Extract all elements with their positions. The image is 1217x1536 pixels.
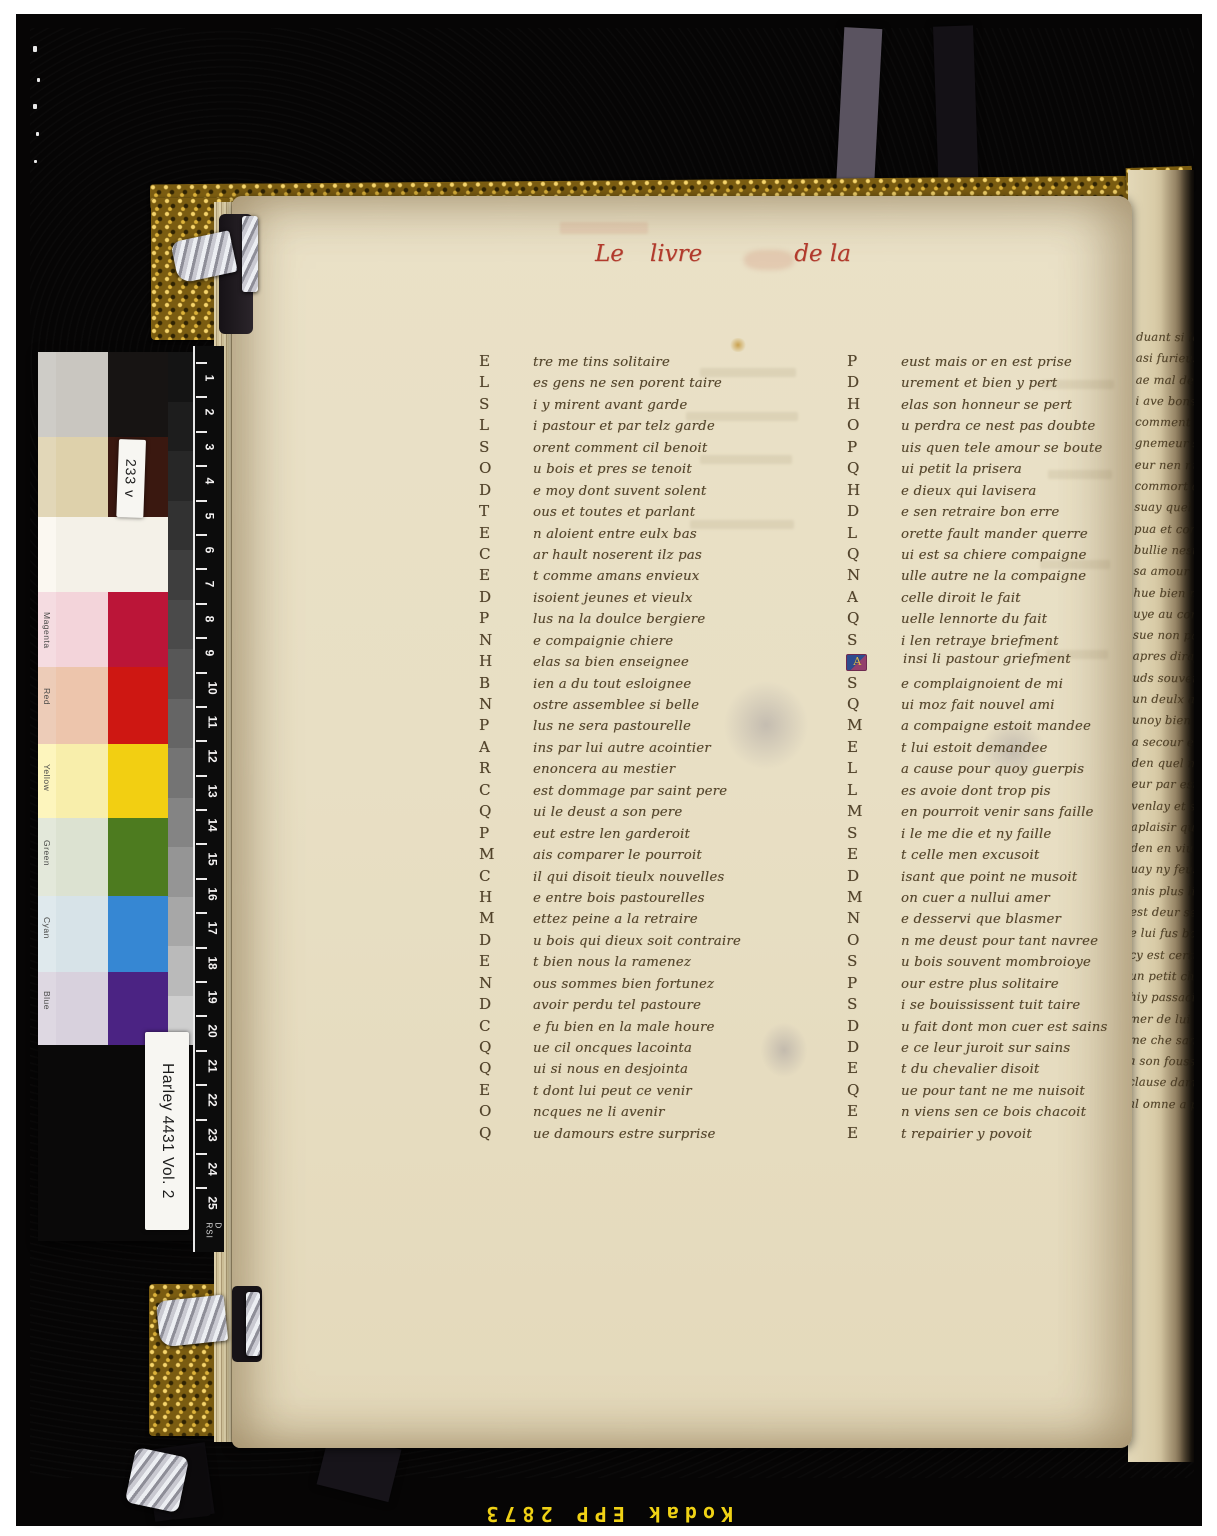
line-initial: N [845, 909, 873, 927]
ruler-tick [196, 981, 207, 983]
grayscale-step [168, 451, 193, 501]
verse-text: ui petit la prisera [873, 462, 1022, 477]
verse-line: Disant que point ne musoit [845, 867, 1190, 888]
verse-line: Disoient jeunes et vieulx [477, 588, 822, 609]
verse-text: ostre assemblee si belle [505, 698, 699, 713]
line-initial: O [845, 416, 873, 434]
ruler-number: 20 [206, 1025, 220, 1038]
ruler-unit: 2 [195, 396, 224, 430]
verse-line: Tous et toutes et parlant [477, 502, 822, 523]
line-initial: A [845, 588, 873, 606]
color-swatch-red [56, 667, 108, 744]
ruler-number: 19 [206, 990, 220, 1003]
verse-line: Ains par lui autre acointier [477, 738, 822, 759]
color-swatch-cream-maroon [56, 437, 108, 517]
ruler-number: 8 [202, 615, 216, 622]
line-initial: E [845, 1102, 873, 1120]
verse-line: Si len retraye briefment [845, 631, 1190, 652]
verse-line: Et repairier y povoit [845, 1124, 1190, 1145]
verse-line: Durement et bien y pert [845, 373, 1190, 394]
verse-line: Renoncera au mestier [477, 759, 822, 780]
verse-line: Puis quen tele amour se boute [845, 438, 1190, 459]
verse-line: Cil qui disoit tieulx nouvelles [477, 867, 822, 888]
verse-text: avoir perdu tel pastoure [505, 998, 701, 1013]
line-initial: M [845, 888, 873, 906]
ruler-unit: 1 [195, 362, 224, 396]
line-initial: E [845, 1124, 873, 1142]
line-initial: D [477, 931, 505, 949]
verse-text: e moy dont suvent solent [505, 484, 706, 499]
ruler-tick [196, 1119, 207, 1121]
ruler-number: 24 [206, 1162, 220, 1175]
ruler-unit: 9 [195, 637, 224, 671]
line-initial: O [477, 1102, 505, 1120]
ruler-number: 6 [202, 547, 216, 554]
color-swatch-cream-maroon [38, 437, 56, 517]
ruler-tick [196, 843, 207, 845]
verse-text: ettez peine a la retraire [505, 912, 698, 927]
verse-text: t bien nous la ramenez [505, 955, 691, 970]
ruler-unit: 15 [195, 843, 224, 877]
line-initial: E [845, 738, 873, 756]
ruler-unit: 6 [195, 534, 224, 568]
verse-text: insi li pastour griefment [875, 652, 1071, 667]
verse-text: ais comparer le pourroit [505, 848, 702, 863]
verse-line: Oncques ne li avenir [477, 1102, 822, 1123]
verse-text: t comme amans envieux [505, 569, 699, 584]
line-initial: O [477, 459, 505, 477]
verse-text: ar hault noserent ilz pas [505, 548, 702, 563]
verse-line: Qui petit la prisera [845, 459, 1190, 480]
line-initial: L [845, 524, 873, 542]
binder-clip-bar-top [242, 216, 258, 292]
verse-line: Davoir perdu tel pastoure [477, 995, 822, 1016]
verse-text: enoncera au mestier [505, 762, 675, 777]
line-initial: S [845, 824, 873, 842]
verse-text: on cuer a nullui amer [873, 891, 1050, 906]
verse-text: n me deust pour tant navree [873, 934, 1098, 949]
line-initial: Q [845, 695, 873, 713]
verse-line: Men pourroit venir sans faille [845, 802, 1190, 823]
line-initial: D [845, 867, 873, 885]
verse-line: Que pour tant ne me nuisoit [845, 1081, 1190, 1102]
ruler-tick [196, 706, 207, 708]
line-initial: L [477, 416, 505, 434]
verse-text: celle diroit le fait [873, 591, 1021, 606]
verse-text: e compaignie chiere [505, 634, 673, 649]
color-swatch-yellow [108, 744, 168, 818]
ruler-number: 10 [206, 681, 220, 694]
ruler-unit: 12 [195, 740, 224, 774]
verse-line: Si le me die et ny faille [845, 824, 1190, 845]
verse-text: isant que point ne musoit [873, 870, 1077, 885]
line-initial: L [477, 373, 505, 391]
ruler-unit: 14 [195, 809, 224, 843]
verse-text: e sen retraire bon erre [873, 505, 1059, 520]
ruler-tick [196, 809, 207, 811]
ruler-tick [196, 500, 207, 502]
verse-line: Du fait dont mon cuer est sains [845, 1017, 1190, 1038]
ruler-tick [196, 878, 207, 880]
color-swatch-red [38, 667, 56, 744]
verse-line: Ou perdra ce nest pas doubte [845, 416, 1190, 437]
ruler-number: 2 [202, 409, 216, 416]
verse-line: Helas son honneur se pert [845, 395, 1190, 416]
ruler-tick [196, 912, 207, 914]
verse-line: Que damours estre surprise [477, 1124, 822, 1145]
line-initial: P [845, 974, 873, 992]
line-initial: D [477, 588, 505, 606]
folio-label: 233 v [116, 439, 146, 518]
verse-text: est dommage par saint pere [505, 784, 727, 799]
verse-line: Que cil oncques lacointa [477, 1038, 822, 1059]
line-initial: D [845, 502, 873, 520]
verse-text: il qui disoit tieulx nouvelles [505, 870, 724, 885]
grayscale-step [168, 501, 193, 551]
verse-line: En viens sen ce bois chacoit [845, 1102, 1190, 1123]
verse-text: tre me tins solitaire [505, 355, 670, 370]
verse-text: u bois souvent mombroioye [873, 955, 1091, 970]
verse-text: t du chevalier disoit [873, 1062, 1039, 1077]
ruler-number: 23 [206, 1128, 220, 1141]
line-initial: C [477, 1017, 505, 1035]
grayscale-step [168, 897, 193, 947]
ruler-unit: 21 [195, 1050, 224, 1084]
edge-color-label: Cyan [42, 917, 52, 939]
color-swatch-blue [56, 972, 108, 1045]
ruler-tick [196, 672, 207, 674]
ruler-unit: 8 [195, 603, 224, 637]
film-brand-text: Kodak EPP 2873 [333, 1496, 733, 1526]
verse-line: De ce leur juroit sur sains [845, 1038, 1190, 1059]
line-initial: E [477, 566, 505, 584]
line-initial: E [477, 1081, 505, 1099]
ruler-tick [196, 637, 207, 639]
verse-text: orent comment cil benoit [505, 441, 707, 456]
line-initial: P [845, 352, 873, 370]
verse-text: i le me die et ny faille [873, 827, 1051, 842]
verse-text: lus ne sera pastourelle [505, 719, 691, 734]
verse-line: Ma compaigne estoit mandee [845, 716, 1190, 737]
verse-text: ien a du tout esloignee [505, 677, 691, 692]
verse-text: e fu bien en la male houre [505, 1020, 715, 1035]
verse-text: uelle lennorte du fait [873, 612, 1047, 627]
grayscale-step [168, 352, 193, 402]
line-initial: A [477, 738, 505, 756]
color-swatch-magenta [56, 592, 108, 667]
line-initial: Q [477, 802, 505, 820]
rubric-word: Le [595, 241, 624, 267]
shelfmark-label-text: Harley 4431 Vol. 2 [158, 1063, 176, 1199]
verse-text: ue damours estre surprise [505, 1127, 716, 1142]
verse-text: ui moz fait nouvel ami [873, 698, 1055, 713]
verse-line: Se complaignoient de mi [845, 674, 1190, 695]
verse-line: Qui est sa chiere compaigne [845, 545, 1190, 566]
rubric-word: de la [794, 241, 851, 267]
verse-text: es avoie dont trop pis [873, 784, 1051, 799]
verse-text: eut estre len garderoit [505, 827, 690, 842]
verse-line: Plus na la doulce bergiere [477, 609, 822, 630]
verse-text: elas sa bien enseignee [505, 655, 689, 670]
line-initial: N [845, 566, 873, 584]
line-initial: R [477, 759, 505, 777]
line-initial: S [477, 438, 505, 456]
edge-color-label: Blue [42, 991, 52, 1010]
verse-text: i se bouississent tuit taire [873, 998, 1080, 1013]
grayscale-step [168, 847, 193, 897]
grayscale-step [168, 798, 193, 848]
verse-line: Peut estre len garderoit [477, 824, 822, 845]
grayscale-strip [168, 352, 193, 1045]
ruler-unit: 16 [195, 878, 224, 912]
verse-line: Bien a du tout esloignee [477, 674, 822, 695]
verse-line: Et celle men excusoit [845, 845, 1190, 866]
ruler-tick [196, 1084, 207, 1086]
ruler-number: 12 [206, 750, 220, 763]
line-initial: M [845, 716, 873, 734]
verse-line: Sorent comment cil benoit [477, 438, 822, 459]
ruler-unit: 20 [195, 1015, 224, 1049]
verse-line: Et dont lui peut ce venir [477, 1081, 822, 1102]
ruler-number: 21 [206, 1059, 220, 1072]
edge-color-label: Red [42, 688, 52, 705]
verse-line: Acelle diroit le fait [845, 588, 1190, 609]
verse-line: Ainsi li pastour griefment [845, 652, 1190, 673]
line-initial: P [477, 609, 505, 627]
line-initial: H [477, 888, 505, 906]
ruler-number: 1 [202, 375, 216, 382]
line-initial: E [477, 352, 505, 370]
ruler-tick [196, 396, 207, 398]
verse-text: our estre plus solitaire [873, 977, 1059, 992]
verse-line: Qui si nous en desjointa [477, 1059, 822, 1080]
verse-line: La cause pour quoy guerpis [845, 759, 1190, 780]
line-initial: D [477, 995, 505, 1013]
binder-clip-bar-bottom [246, 1292, 260, 1356]
line-initial: C [477, 867, 505, 885]
verse-text: t repairier y povoit [873, 1127, 1032, 1142]
film-speck [34, 160, 37, 163]
edge-color-label: Green [42, 840, 52, 866]
ruler-footer: D RSI [205, 1223, 223, 1244]
line-initial: D [845, 1038, 873, 1056]
color-swatch-green [108, 818, 168, 896]
ruler-number: 5 [202, 512, 216, 519]
grayscale-step [168, 600, 193, 650]
verse-line: On me deust pour tant navree [845, 931, 1190, 952]
line-initial: E [845, 845, 873, 863]
line-initial: Q [477, 1124, 505, 1142]
verse-text: u fait dont mon cuer est sains [873, 1020, 1108, 1035]
verse-text: t dont lui peut ce venir [505, 1084, 692, 1099]
verse-line: Nulle autre ne la compaigne [845, 566, 1190, 587]
verse-line: Lorette fault mander querre [845, 524, 1190, 545]
erased-rubric-ghost [744, 250, 794, 270]
line-initial: S [477, 395, 505, 413]
verse-line: Et comme amans envieux [477, 566, 822, 587]
color-swatch-red [108, 667, 168, 744]
line-initial: D [477, 481, 505, 499]
ruler-tick [196, 1153, 207, 1155]
tint-swatch-column [56, 352, 108, 1045]
line-initial: Q [477, 1038, 505, 1056]
line-initial: E [477, 524, 505, 542]
line-initial: P [477, 716, 505, 734]
ruler-unit: 25 [195, 1187, 224, 1221]
binder-clip-handle-bottom [156, 1295, 228, 1348]
line-initial: M [845, 802, 873, 820]
ruler-tick [196, 1015, 207, 1017]
verse-text: lus na la doulce bergiere [505, 612, 705, 627]
line-initial: P [845, 438, 873, 456]
verse-line: Et du chevalier disoit [845, 1059, 1190, 1080]
verse-line: Mon cuer a nullui amer [845, 888, 1190, 909]
folio-label-text: 233 v [122, 459, 139, 499]
verse-line: Car hault noserent ilz pas [477, 545, 822, 566]
ruler-unit: 22 [195, 1084, 224, 1118]
verse-line: Nous sommes bien fortunez [477, 974, 822, 995]
verse-line: Ce fu bien en la male houre [477, 1017, 822, 1038]
verse-line: Plus ne sera pastourelle [477, 716, 822, 737]
verse-text: urement et bien y pert [873, 376, 1057, 391]
ruler-unit: 5 [195, 500, 224, 534]
ruler-unit: 7 [195, 568, 224, 602]
verse-line: Helas sa bien enseignee [477, 652, 822, 673]
color-swatch-magenta [108, 592, 168, 667]
verse-text: e complaignoient de mi [873, 677, 1063, 692]
book-strap-black [933, 25, 979, 198]
color-swatch-grey-black [108, 352, 168, 437]
verse-text: ui est sa chiere compaigne [873, 548, 1087, 563]
binder-clip-handle-foot [125, 1447, 189, 1513]
verse-text: a cause pour quoy guerpis [873, 762, 1084, 777]
verse-text: orette fault mander querre [873, 527, 1088, 542]
grayscale-step [168, 402, 193, 452]
ruler-number: 22 [206, 1094, 220, 1107]
verse-text: ous sommes bien fortunez [505, 977, 714, 992]
verse-line: Si se bouississent tuit taire [845, 995, 1190, 1016]
ruler-tick [196, 947, 207, 949]
verse-line: Les gens ne sen porent taire [477, 373, 822, 394]
line-initial: N [477, 974, 505, 992]
verse-line: Si y mirent avant garde [477, 395, 822, 416]
ruler-number: 7 [202, 581, 216, 588]
line-initial: C [477, 545, 505, 563]
color-swatch-grey-black [38, 352, 56, 437]
verse-text: n aloient entre eulx bas [505, 527, 697, 542]
verse-text: ui si nous en desjointa [505, 1062, 688, 1077]
verse-text: t lui estoit demandee [873, 741, 1048, 756]
ruler-number: 15 [206, 853, 220, 866]
edge-color-label: Magenta [42, 612, 52, 649]
color-swatch-white [108, 517, 168, 592]
verse-text: i pastour et par telz garde [505, 419, 715, 434]
grayscale-step [168, 946, 193, 996]
film-speck [37, 78, 40, 82]
verse-line: Et lui estoit demandee [845, 738, 1190, 759]
verse-text: n viens sen ce bois chacoit [873, 1105, 1086, 1120]
verse-line: Qui le deust a son pere [477, 802, 822, 823]
verse-line: De moy dont suvent solent [477, 481, 822, 502]
ruler-tick [196, 431, 207, 433]
verse-line: Du bois qui dieux soit contraire [477, 931, 822, 952]
ruler-tick [196, 1050, 207, 1052]
ruler-tick [196, 775, 207, 777]
ruler-number: 4 [202, 478, 216, 485]
verse-text: u bois qui dieux soit contraire [505, 934, 741, 949]
grayscale-step [168, 699, 193, 749]
color-swatch-white [38, 517, 56, 592]
line-initial: E [477, 952, 505, 970]
line-initial: Q [477, 1059, 505, 1077]
verse-text: ue pour tant ne me nuisoit [873, 1084, 1085, 1099]
ruler-tick [196, 603, 207, 605]
verse-text: ulle autre ne la compaigne [873, 569, 1086, 584]
color-swatch-yellow [56, 744, 108, 818]
illuminated-initial: A [846, 654, 867, 671]
line-initial: L [845, 759, 873, 777]
verse-text: i len retraye briefment [873, 634, 1059, 649]
ruler-tick [196, 465, 207, 467]
verse-text: elas son honneur se pert [873, 398, 1072, 413]
verse-line: Nostre assemblee si belle [477, 695, 822, 716]
line-initial: S [845, 952, 873, 970]
verse-text: en pourroit venir sans faille [873, 805, 1094, 820]
verse-text: ue cil oncques lacointa [505, 1041, 692, 1056]
line-initial: M [477, 909, 505, 927]
shelfmark-label: Harley 4431 Vol. 2 [145, 1032, 189, 1230]
ruler-number: 13 [206, 784, 220, 797]
ruler: 1234567891011121314151617181920212223242… [193, 346, 224, 1252]
verse-line: Li pastour et par telz garde [477, 416, 822, 437]
verse-text: u bois et pres se tenoit [505, 462, 692, 477]
verse-line: Ou bois et pres se tenoit [477, 459, 822, 480]
film-speck [33, 46, 37, 52]
line-initial: Q [845, 609, 873, 627]
verse-line: Les avoie dont trop pis [845, 781, 1190, 802]
line-initial: T [477, 502, 505, 520]
line-initial: N [477, 631, 505, 649]
line-initial: M [477, 845, 505, 863]
ruler-unit: 18 [195, 947, 224, 981]
color-swatch-grey-black [56, 352, 108, 437]
line-initial: D [845, 373, 873, 391]
ruler-tick [196, 362, 207, 364]
verse-line: Cest dommage par saint pere [477, 781, 822, 802]
line-initial: E [845, 1059, 873, 1077]
ruler-tick [196, 568, 207, 570]
line-initial: O [845, 931, 873, 949]
line-initial: N [477, 695, 505, 713]
verse-line: Qui moz fait nouvel ami [845, 695, 1190, 716]
verse-line: Peust mais or en est prise [845, 352, 1190, 373]
verse-line: De sen retraire bon erre [845, 502, 1190, 523]
verse-text: uis quen tele amour se boute [873, 441, 1102, 456]
text-column-right: Peust mais or en est priseDurement et bi… [845, 352, 1190, 1145]
verse-text: isoient jeunes et vieulx [505, 591, 693, 606]
verse-text: a compaigne estoit mandee [873, 719, 1091, 734]
ruler-unit: 4 [195, 465, 224, 499]
verse-line: He entre bois pastourelles [477, 888, 822, 909]
showthrough-rubric [560, 222, 648, 234]
verse-text: eust mais or en est prise [873, 355, 1072, 370]
film-speck [33, 104, 37, 109]
ruler-unit: 23 [195, 1119, 224, 1153]
color-swatch-cyan [56, 896, 108, 972]
ruler-unit: 17 [195, 912, 224, 946]
verse-line: Mettez peine a la retraire [477, 909, 822, 930]
verse-text: e ce leur juroit sur sains [873, 1041, 1070, 1056]
